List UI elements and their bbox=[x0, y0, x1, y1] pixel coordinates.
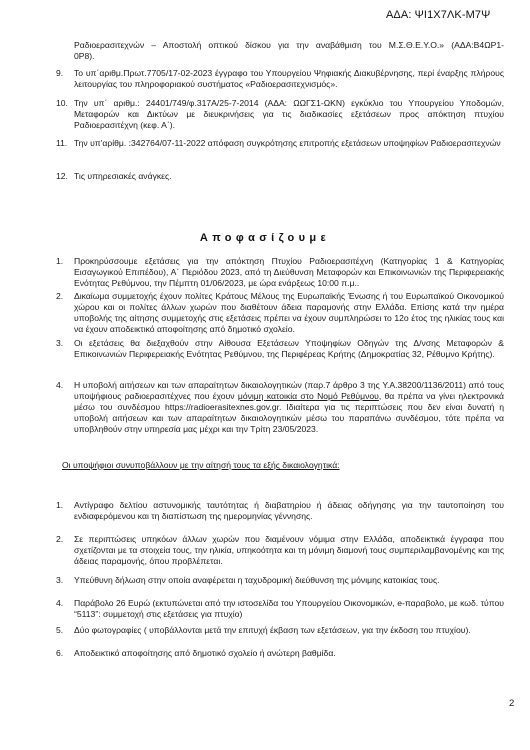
document-item-1: 1. Αντίγραφο δελτίου αστυνομικής ταυτότη… bbox=[56, 500, 504, 522]
item-number: 1. bbox=[56, 256, 72, 267]
item-8-line-1: Ραδιοερασιτεχνών – Αποστολή οπτικού δίσκ… bbox=[74, 40, 504, 51]
decision-item-1: 1. Προκηρύσσουμε εξετάσεις για την απόκτ… bbox=[56, 256, 504, 289]
item-text: Υπεύθυνη δήλωση στην οποία αναφέρεται η … bbox=[74, 575, 504, 586]
decision-item-2: 2. Δικαίωμα συμμετοχής έχουν πολίτες Κρά… bbox=[56, 291, 504, 335]
document-item-6: 6. Αποδεικτικό αποφοίτησης από δημοτικό … bbox=[56, 648, 504, 659]
item-text: Η υποβολή αιτήσεων και των απαραίτητων δ… bbox=[74, 380, 504, 435]
item-number: 3. bbox=[56, 338, 72, 349]
item-number: 3. bbox=[56, 575, 72, 586]
item-text: Παράβολο 26 Ευρώ (εκτυπώνεται από την ισ… bbox=[74, 598, 504, 620]
decision-heading: Αποφασίζουμε bbox=[0, 233, 530, 244]
item-text: Οι εξετάσεις θα διεξαχθούν στην Αίθουσα … bbox=[74, 338, 504, 360]
consideration-item-11: 11. Την υπ'αρίθμ. :342764/07-11-2022 από… bbox=[56, 138, 504, 149]
item-number: 11. bbox=[56, 138, 72, 149]
item-text: Το υπ΄αριθμ.Πρωτ.7705/17-02-2023 έγγραφο… bbox=[74, 68, 504, 90]
document-item-2: 2. Σε περιπτώσεις υπηκόων άλλων χωρών πο… bbox=[56, 534, 504, 567]
page-number: 2 bbox=[509, 698, 514, 709]
item-text: Δικαίωμα συμμετοχής έχουν πολίτες Κράτου… bbox=[74, 291, 504, 335]
item-number: 4. bbox=[56, 380, 72, 391]
item-number: 6. bbox=[56, 648, 72, 659]
item-number: 4. bbox=[56, 598, 72, 609]
item-text: Αντίγραφο δελτίου αστυνομικής ταυτότητας… bbox=[74, 500, 504, 522]
ada-code: ΑΔΑ: ΨΙ1Χ7ΛΚ-Μ7Ψ bbox=[386, 10, 490, 21]
document-item-5: 5. Δύο φωτογραφίες ( υποβάλλονται μετά τ… bbox=[56, 625, 504, 636]
item-text: Την υπ'αρίθμ. :342764/07-11-2022 απόφαση… bbox=[74, 138, 504, 149]
item-number: 10. bbox=[56, 98, 72, 109]
documents-heading: Οι υποψήφιοι συνυποβάλλουν με την αίτησή… bbox=[62, 460, 340, 471]
item-number: 5. bbox=[56, 625, 72, 636]
decision-item-3: 3. Οι εξετάσεις θα διεξαχθούν στην Αίθου… bbox=[56, 338, 504, 360]
residence-requirement: μόνιμη κατοικία στο Νομό Ρεθύμνου bbox=[238, 391, 379, 401]
decision-item-4: 4. Η υποβολή αιτήσεων και των απαραίτητω… bbox=[56, 380, 504, 435]
item-number: 12. bbox=[56, 171, 72, 182]
consideration-item-12: 12. Τις υπηρεσιακές ανάγκες. bbox=[56, 171, 504, 182]
item-text: Προκηρύσσουμε εξετάσεις για την απόκτηση… bbox=[74, 256, 504, 289]
document-item-3: 3. Υπεύθυνη δήλωση στην οποία αναφέρεται… bbox=[56, 575, 504, 586]
item-number: 2. bbox=[56, 534, 72, 545]
item-text: Σε περιπτώσεις υπηκόων άλλων χωρών που δ… bbox=[74, 534, 504, 567]
consideration-item-10: 10. Την υπ΄ αριθμ.: 24401/749/φ.317Α/25-… bbox=[56, 98, 504, 131]
item-8-continuation: Ραδιοερασιτεχνών – Αποστολή οπτικού δίσκ… bbox=[74, 40, 504, 62]
item-8-line-2: 0Ρ8). bbox=[74, 51, 504, 62]
item-text: Αποδεικτικό αποφοίτησης από δημοτικό σχο… bbox=[74, 648, 504, 659]
item-text: Τις υπηρεσιακές ανάγκες. bbox=[74, 171, 504, 182]
item-number: 1. bbox=[56, 500, 72, 511]
item-text: Την υπ΄ αριθμ.: 24401/749/φ.317Α/25-7-20… bbox=[74, 98, 504, 131]
document-item-4: 4. Παράβολο 26 Ευρώ (εκτυπώνεται από την… bbox=[56, 598, 504, 620]
item-number: 2. bbox=[56, 291, 72, 302]
item-number: 9. bbox=[56, 68, 72, 79]
consideration-item-9: 9. Το υπ΄αριθμ.Πρωτ.7705/17-02-2023 έγγρ… bbox=[56, 68, 504, 90]
item-text: Δύο φωτογραφίες ( υποβάλλονται μετά την … bbox=[74, 625, 504, 636]
